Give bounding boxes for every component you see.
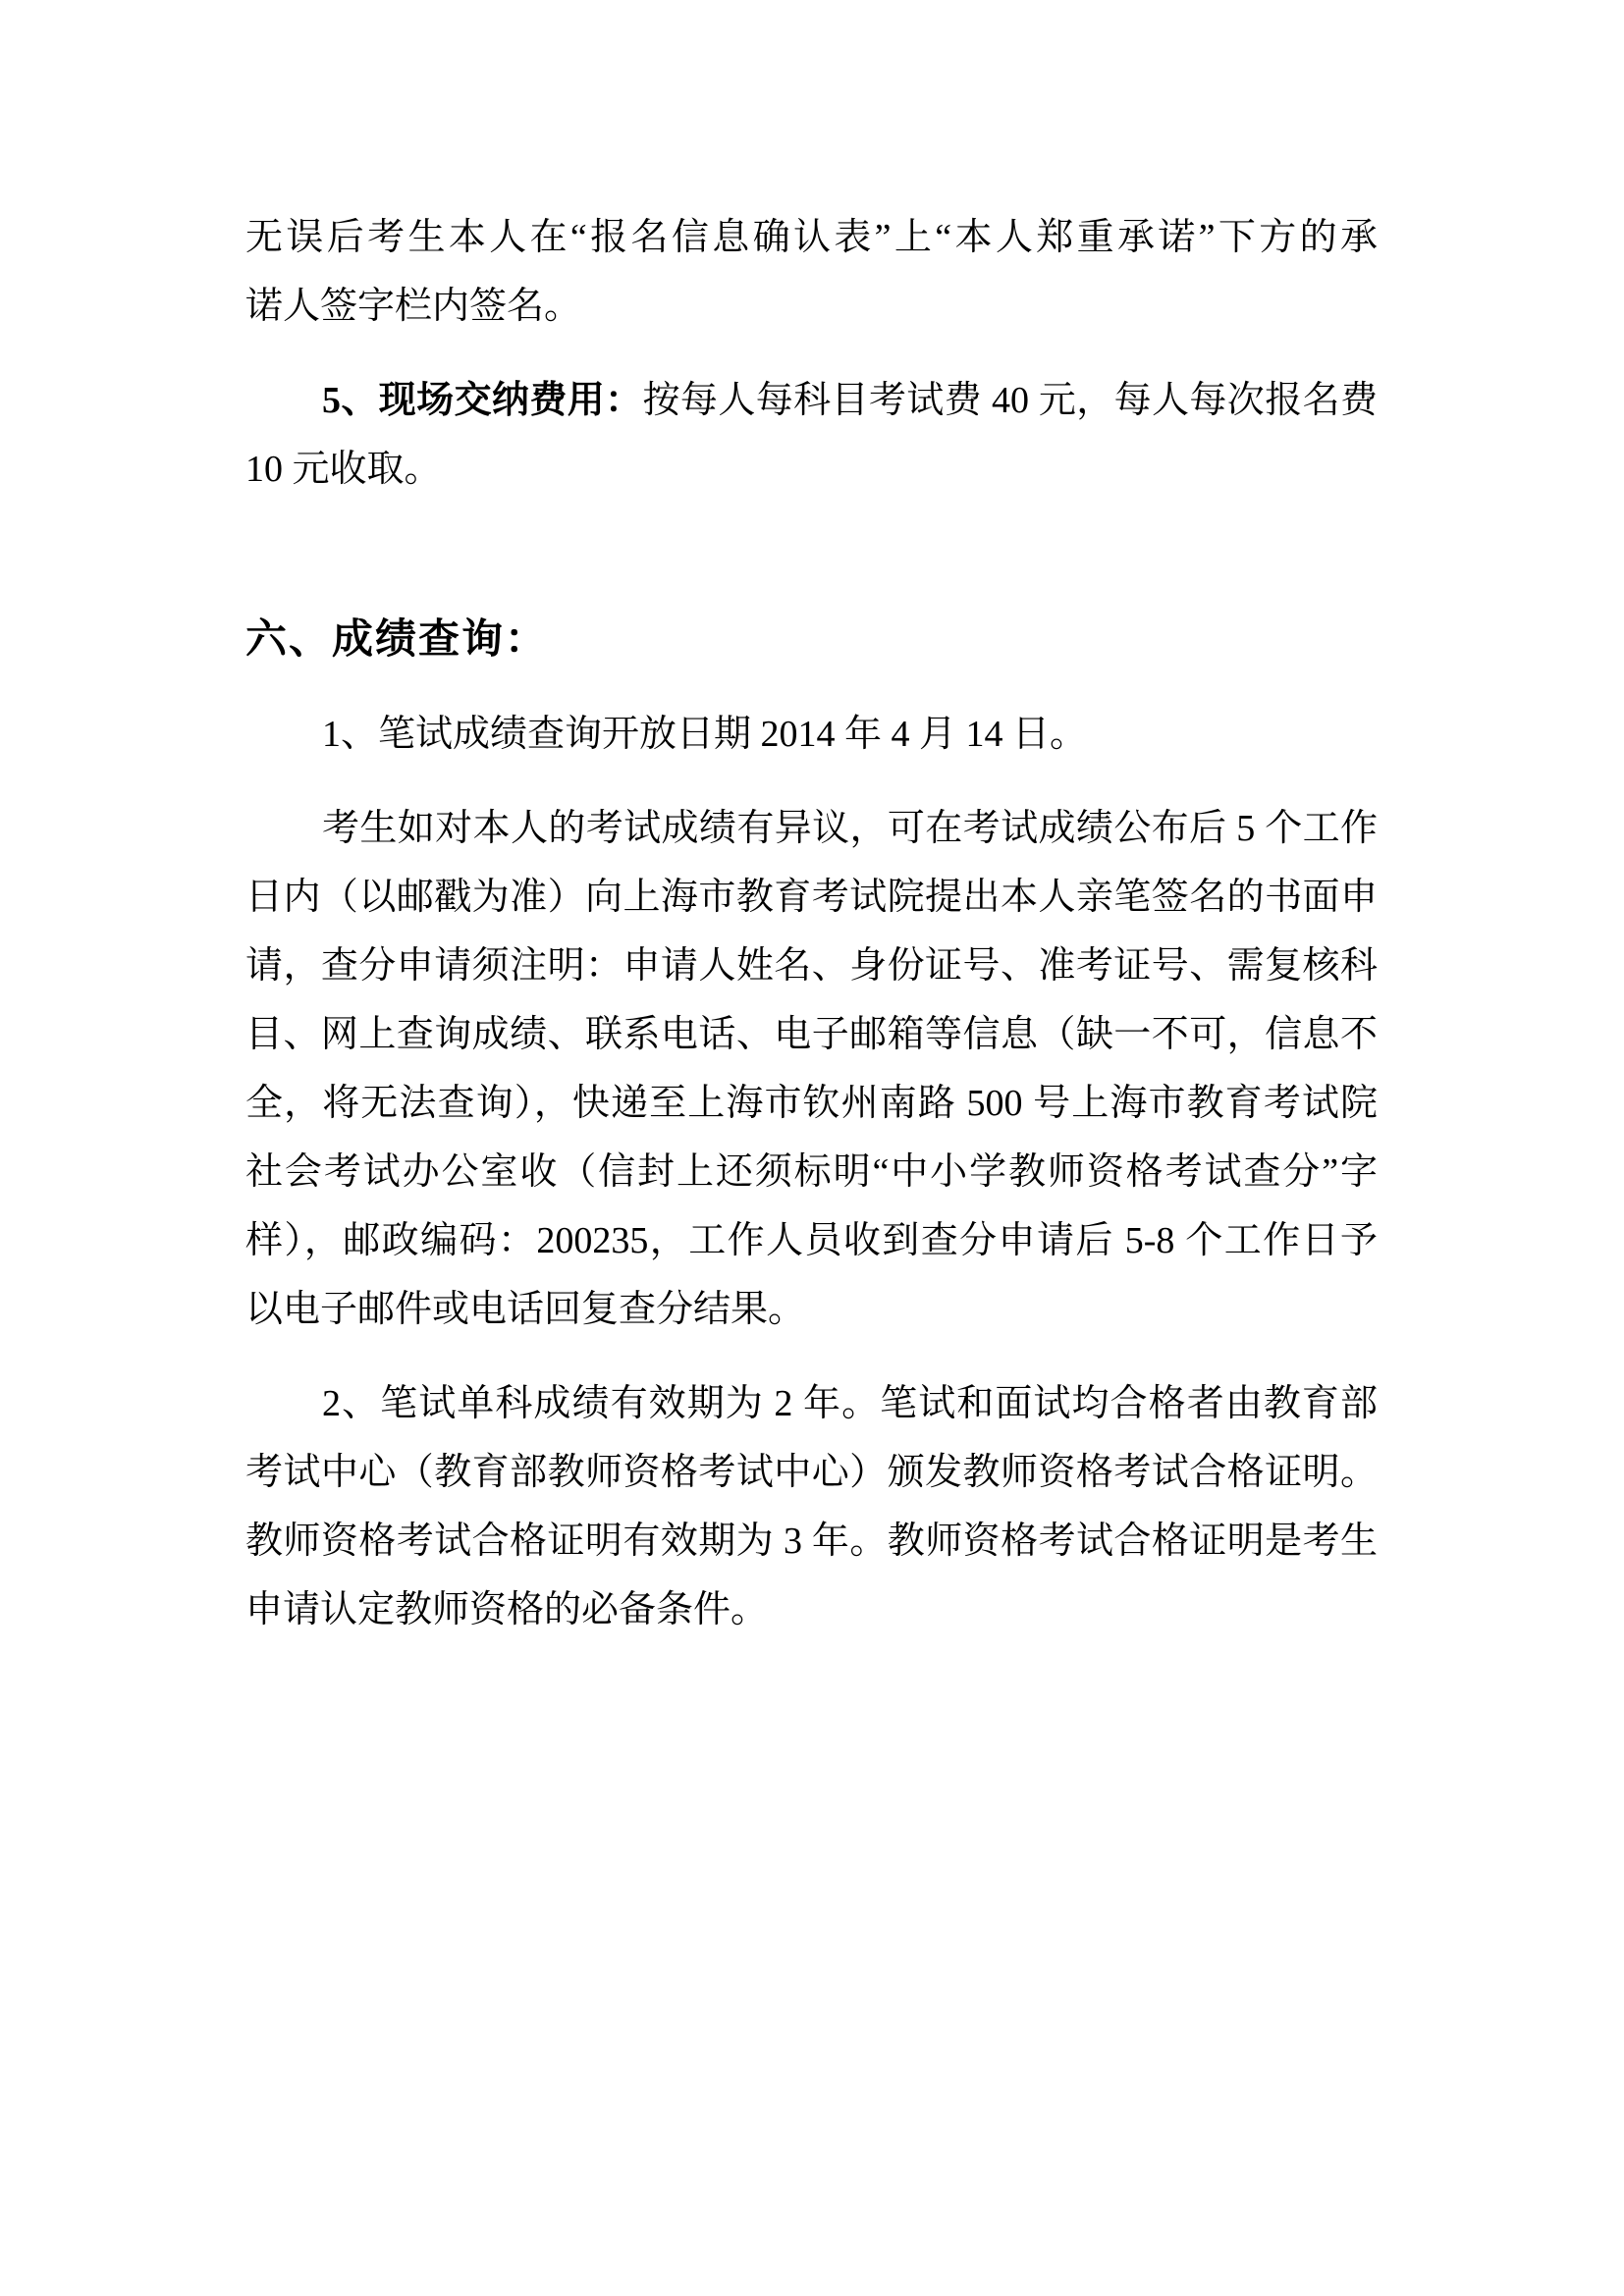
paragraph-signature-continued: 无误后考生本人在“报名信息确认表”上“本人郑重承诺”下方的承诺人签字栏内签名。	[245, 203, 1378, 341]
text-line: 社会考试办公室收（信封上还须标明“中小学教师资格考试查分”字	[245, 1138, 1378, 1206]
text-line: 教师资格考试合格证明有效期为 3 年。教师资格考试合格证明是考生	[245, 1507, 1378, 1575]
bold-text-run: 5、现场交纳费用：	[322, 380, 643, 421]
text-line: 诺人签字栏内签名。	[245, 272, 1378, 341]
text-line: 无误后考生本人在“报名信息确认表”上“本人郑重承诺”下方的承	[245, 203, 1378, 272]
text-run: 教师资格考试合格证明有效期为 3 年。教师资格考试合格证明是考生	[245, 1521, 1378, 1562]
text-run: 社会考试办公室收（信封上还须标明“中小学教师资格考试查分”字	[245, 1151, 1378, 1193]
document-page: { "page": { "background_color": "#ffffff…	[0, 0, 1624, 2296]
paragraph-written-score-open-date: 1、笔试成绩查询开放日期 2014 年 4 月 14 日。	[245, 700, 1378, 769]
text-line: 以电子邮件或电话回复查分结果。	[245, 1275, 1378, 1344]
text-line: 2、笔试单科成绩有效期为 2 年。笔试和面试均合格者由教育部	[245, 1369, 1378, 1438]
text-line: 申请认定教师资格的必备条件。	[245, 1575, 1378, 1644]
text-run: 10 元收取。	[245, 449, 442, 490]
text-line: 请，查分申请须注明：申请人姓名、身份证号、准考证号、需复核科	[245, 932, 1378, 1000]
text-run: 诺人签字栏内签名。	[245, 286, 581, 327]
text-line: 考生如对本人的考试成绩有异议，可在考试成绩公布后 5 个工作	[245, 794, 1378, 863]
text-run: 日内（以邮戳为准）向上海市教育考试院提出本人亲笔签名的书面申	[245, 877, 1378, 918]
text-line: 样），邮政编码：200235，工作人员收到查分申请后 5-8 个工作日予	[245, 1206, 1378, 1275]
text-line: 10 元收取。	[245, 435, 1378, 504]
paragraph-score-validity: 2、笔试单科成绩有效期为 2 年。笔试和面试均合格者由教育部考试中心（教育部教师…	[245, 1369, 1378, 1644]
text-line: 1、笔试成绩查询开放日期 2014 年 4 月 14 日。	[245, 700, 1378, 769]
text-run: 考试中心（教育部教师资格考试中心）颁发教师资格考试合格证明。	[245, 1452, 1378, 1493]
paragraph-score-review-procedure: 考生如对本人的考试成绩有异议，可在考试成绩公布后 5 个工作日内（以邮戳为准）向…	[245, 794, 1378, 1344]
text-line: 考试中心（教育部教师资格考试中心）颁发教师资格考试合格证明。	[245, 1438, 1378, 1507]
heading-section-six-score-inquiry: 六、成绩查询：	[245, 606, 1378, 674]
document-body: 无误后考生本人在“报名信息确认表”上“本人郑重承诺”下方的承诺人签字栏内签名。5…	[0, 0, 1624, 2296]
text-run: 考生如对本人的考试成绩有异议，可在考试成绩公布后 5 个工作	[322, 808, 1378, 849]
text-run: 样），邮政编码：200235，工作人员收到查分申请后 5-8 个工作日予	[245, 1220, 1378, 1261]
text-run: 无误后考生本人在“报名信息确认表”上“本人郑重承诺”下方的承	[245, 217, 1378, 258]
text-run: 申请认定教师资格的必备条件。	[245, 1589, 768, 1630]
text-run: 按每人每科目考试费 40 元，每人每次报名费	[643, 380, 1378, 421]
text-run: 目、网上查询成绩、联系电话、电子邮箱等信息（缺一不可，信息不	[245, 1014, 1378, 1055]
text-line: 5、现场交纳费用：按每人每科目考试费 40 元，每人每次报名费	[245, 366, 1378, 435]
bold-text-run: 六、成绩查询：	[245, 617, 548, 663]
paragraph-onsite-payment: 5、现场交纳费用：按每人每科目考试费 40 元，每人每次报名费10 元收取。	[245, 366, 1378, 504]
text-run: 全，将无法查询），快递至上海市钦州南路 500 号上海市教育考试院	[245, 1083, 1378, 1124]
text-run: 以电子邮件或电话回复查分结果。	[245, 1289, 805, 1330]
text-run: 请，查分申请须注明：申请人姓名、身份证号、准考证号、需复核科	[245, 945, 1378, 987]
text-line: 全，将无法查询），快递至上海市钦州南路 500 号上海市教育考试院	[245, 1069, 1378, 1138]
text-line: 目、网上查询成绩、联系电话、电子邮箱等信息（缺一不可，信息不	[245, 1000, 1378, 1069]
text-line: 日内（以邮戳为准）向上海市教育考试院提出本人亲笔签名的书面申	[245, 863, 1378, 932]
text-run: 1、笔试成绩查询开放日期 2014 年 4 月 14 日。	[322, 714, 1087, 755]
text-run: 2、笔试单科成绩有效期为 2 年。笔试和面试均合格者由教育部	[322, 1383, 1378, 1424]
text-line: 六、成绩查询：	[245, 606, 1378, 674]
